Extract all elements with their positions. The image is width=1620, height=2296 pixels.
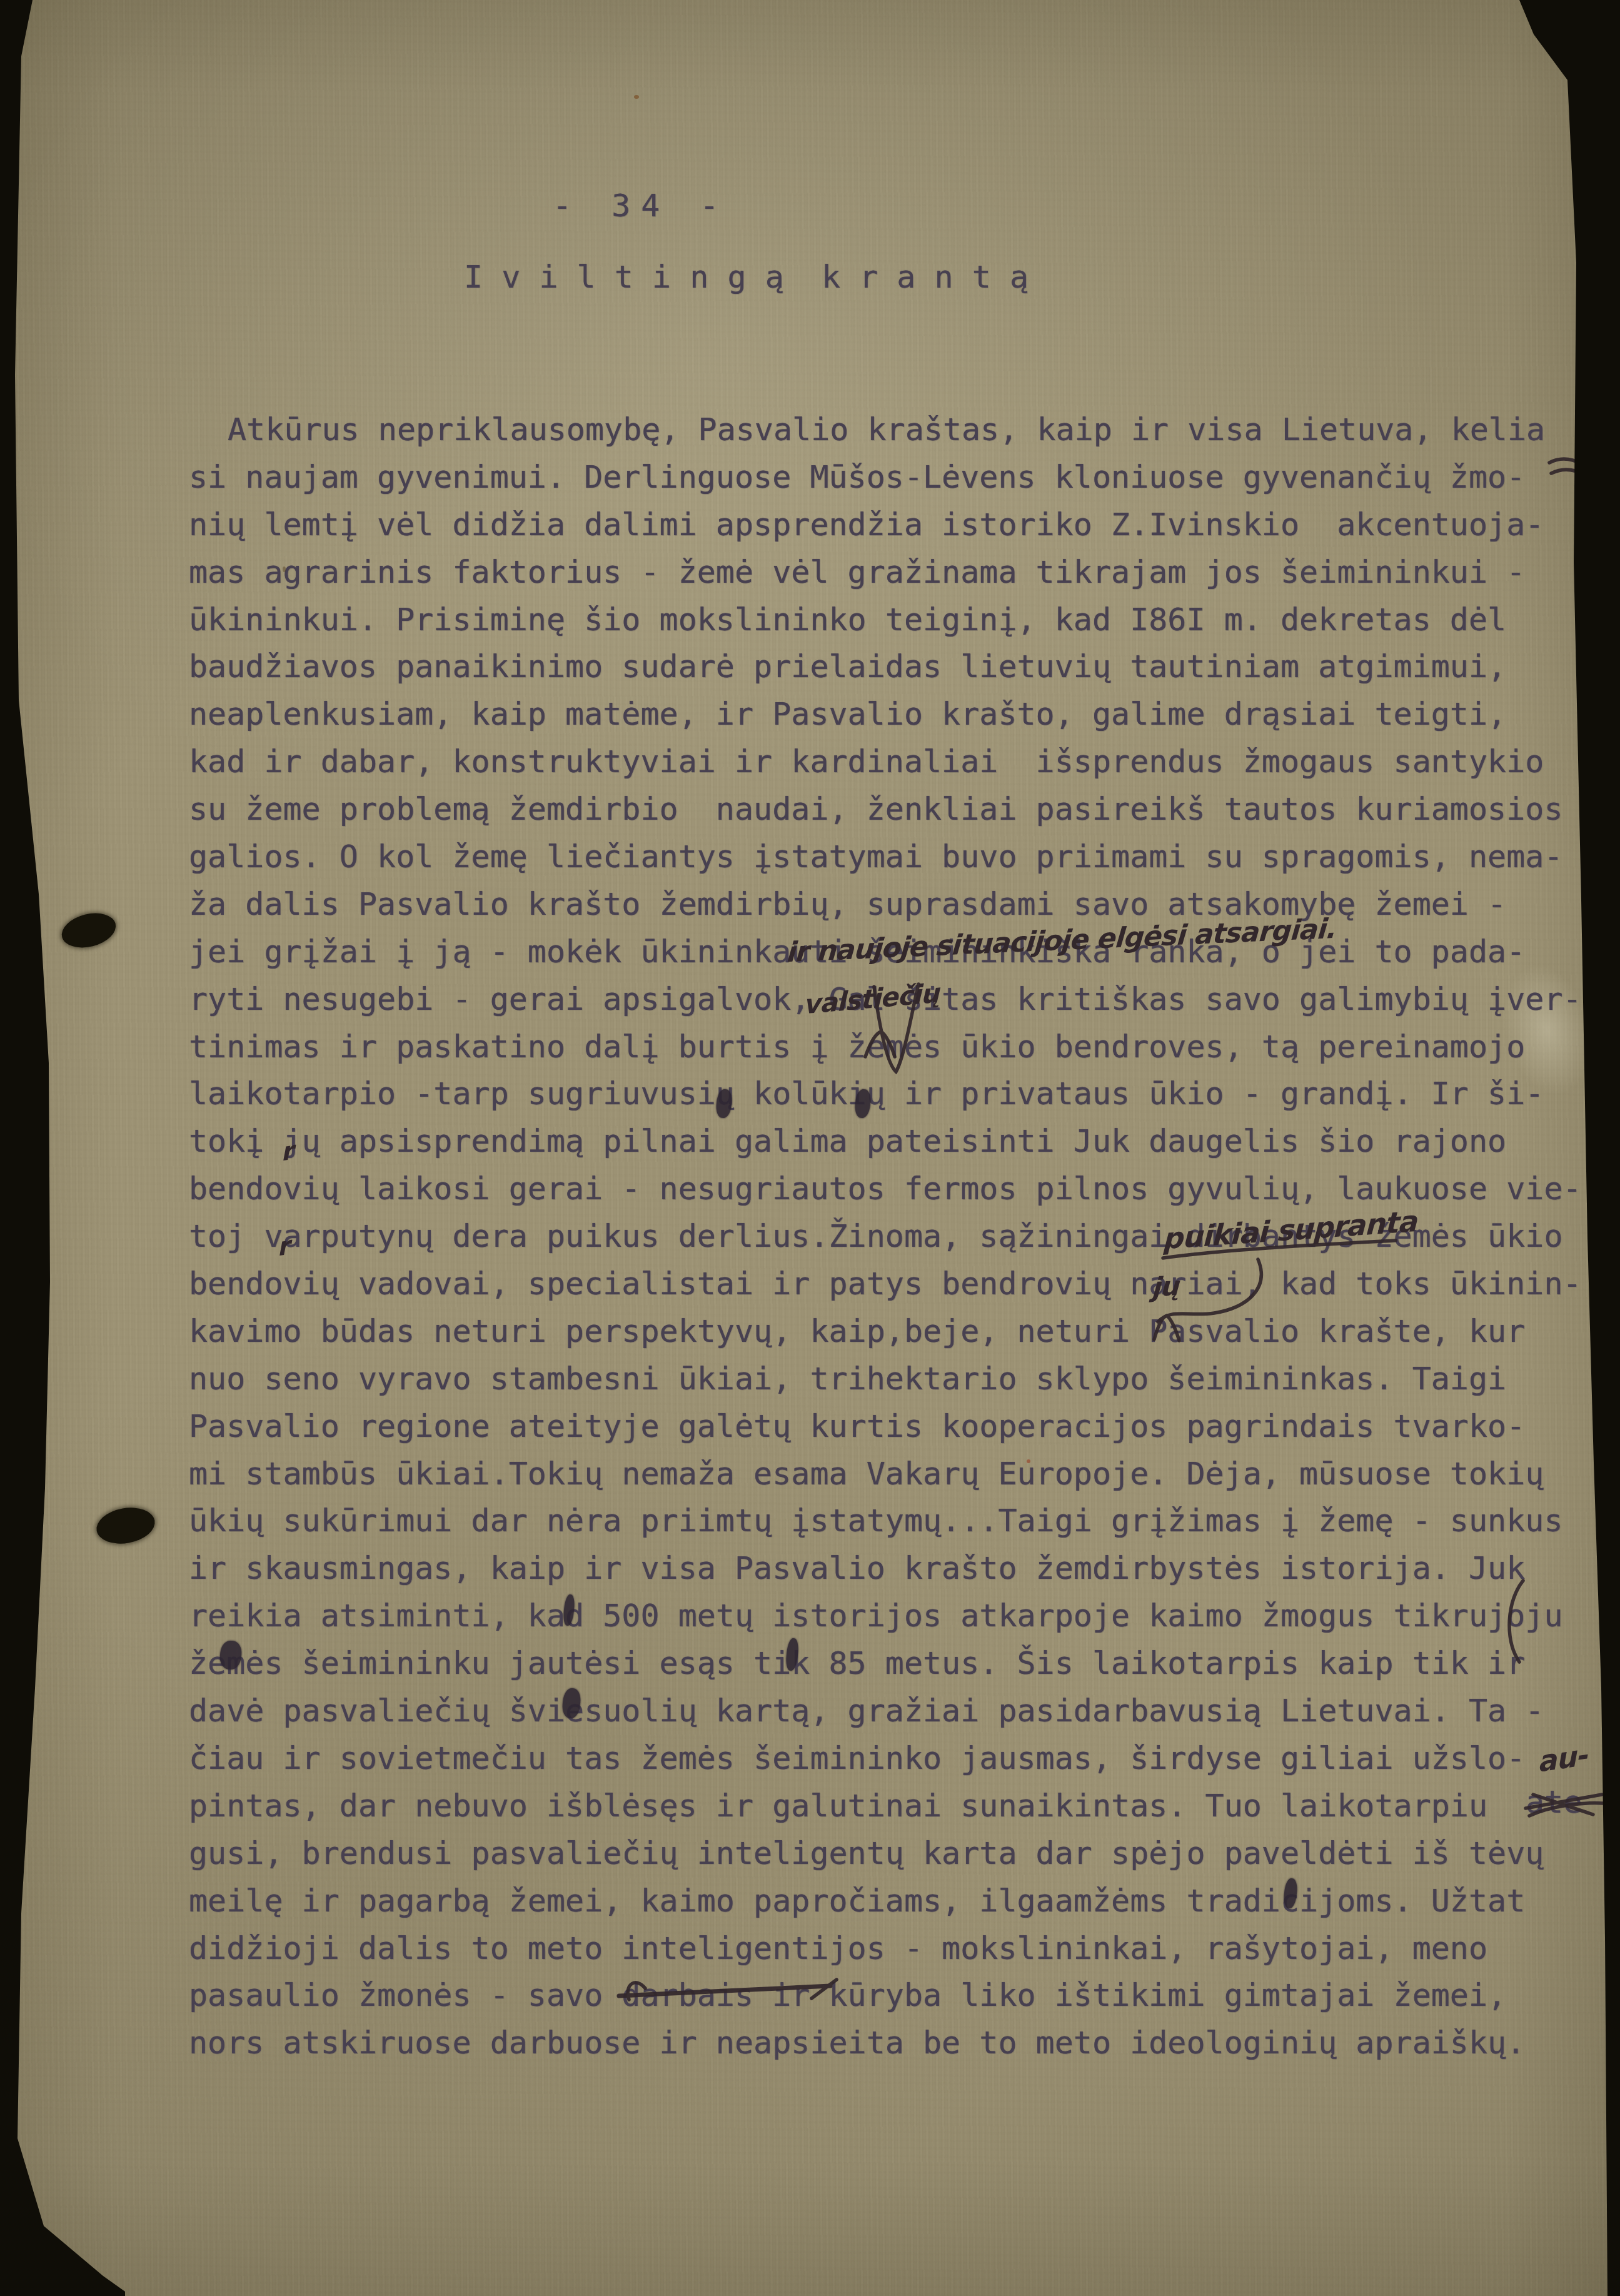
pen-bracket <box>1509 1581 1523 1662</box>
pen-caret-icon <box>1154 1316 1179 1341</box>
pen-caret-icon <box>865 1032 895 1057</box>
pen-connector <box>1158 1259 1261 1322</box>
pen-strike <box>619 1986 830 1996</box>
pen-strike <box>812 1980 837 1998</box>
scanned-page: - 34 - I v i l t i n g ą k r a n t ą Atk… <box>0 0 1620 2296</box>
pen-underline <box>1163 1241 1396 1258</box>
pen-stroke-layer <box>0 0 1620 2296</box>
pen-caret-icon <box>874 984 918 1072</box>
